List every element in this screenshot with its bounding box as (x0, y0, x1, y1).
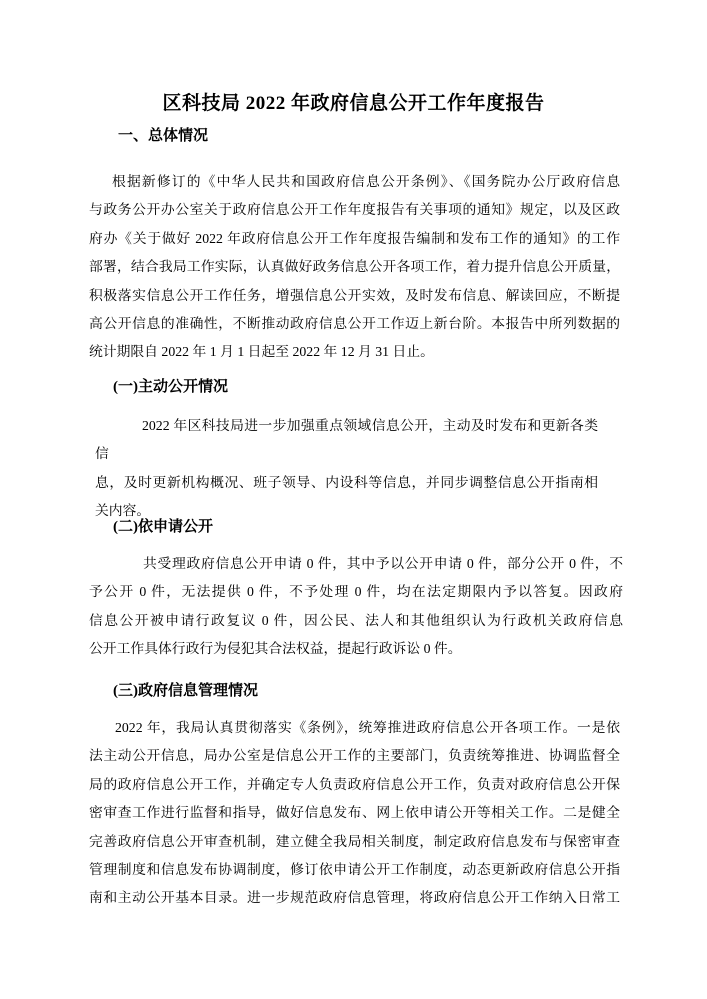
text-line: 与政务公开办公室关于政府信息公开工作年度报告有关事项的通知》规定，以及区政 (89, 196, 620, 224)
heading-proactive-disclosure: (一)主动公开情况 (113, 375, 228, 396)
text-line: 统计期限自 2022 年 1 月 1 日起至 2022 年 12 月 31 日止… (89, 338, 620, 366)
text-line: 2022 年区科技局进一步加强重点领域信息公开，主动及时发布和更新各类信 (95, 412, 598, 469)
document-title: 区科技局 2022 年政府信息公开工作年度报告 (0, 88, 707, 115)
paragraph-disclosure-upon-request: 共受理政府信息公开申请 0 件，其中予以公开申请 0 件，部分公开 0 件，不 … (89, 550, 623, 664)
text-line: 完善政府信息公开审查机制，建立健全我局相关制度，制定政府信息发布与保密审查 (89, 828, 620, 856)
text-line: 公开工作具体行政行为侵犯其合法权益，提起行政诉讼 0 件。 (89, 635, 623, 663)
heading-information-management: (三)政府信息管理情况 (113, 679, 258, 700)
heading-overall-situation: 一、总体情况 (118, 124, 208, 145)
text-line: 根据新修订的《中华人民共和国政府信息公开条例》、《国务院办公厅政府信息 (89, 168, 620, 196)
document-page: 区科技局 2022 年政府信息公开工作年度报告 一、总体情况 根据新修订的《中华… (0, 0, 707, 999)
paragraph-proactive-disclosure: 2022 年区科技局进一步加强重点领域信息公开，主动及时发布和更新各类信 息，及… (95, 412, 598, 526)
text-line: 府办《关于做好 2022 年政府信息公开工作年度报告编制和发布工作的通知》的工作 (89, 225, 620, 253)
text-line: 管理制度和信息发布协调制度，修订依申请公开工作制度，动态更新政府信息公开指 (89, 856, 620, 884)
paragraph-overview: 根据新修订的《中华人民共和国政府信息公开条例》、《国务院办公厅政府信息 与政务公… (89, 168, 620, 367)
text-line: 共受理政府信息公开申请 0 件，其中予以公开申请 0 件，部分公开 0 件，不 (89, 550, 623, 578)
text-line: 予公开 0 件，无法提供 0 件，不予处理 0 件，均在法定期限内予以答复。因政… (89, 578, 623, 606)
text-line: 积极落实信息公开工作任务，增强信息公开实效，及时发布信息、解读回应，不断提 (89, 282, 620, 310)
text-line: 法主动公开信息，局办公室是信息公开工作的主要部门，负责统筹推进、协调监督全 (89, 742, 620, 770)
text-line: 息，及时更新机构概况、班子领导、内设科等信息，并同步调整信息公开指南相 (95, 469, 598, 497)
text-line: 南和主动公开基本目录。进一步规范政府信息管理，将政府信息公开工作纳入日常工 (89, 884, 620, 912)
text-line: 2022 年，我局认真贯彻落实《条例》，统筹推进政府信息公开各项工作。一是依 (89, 714, 620, 742)
heading-disclosure-upon-request: (二)依申请公开 (113, 515, 213, 536)
paragraph-information-management: 2022 年，我局认真贯彻落实《条例》，统筹推进政府信息公开各项工作。一是依 法… (89, 714, 620, 913)
text-line: 高公开信息的准确性，不断推动政府信息公开工作迈上新台阶。本报告中所列数据的 (89, 310, 620, 338)
text-line: 信息公开被申请行政复议 0 件，因公民、法人和其他组织认为行政机关政府信息 (89, 607, 623, 635)
text-line: 局的政府信息公开工作，并确定专人负责政府信息公开工作，负责对政府信息公开保 (89, 771, 620, 799)
text-line: 部署，结合我局工作实际，认真做好政务信息公开各项工作，着力提升信息公开质量， (89, 253, 620, 281)
text-line: 密审查工作进行监督和指导，做好信息发布、网上依申请公开等相关工作。二是健全 (89, 799, 620, 827)
